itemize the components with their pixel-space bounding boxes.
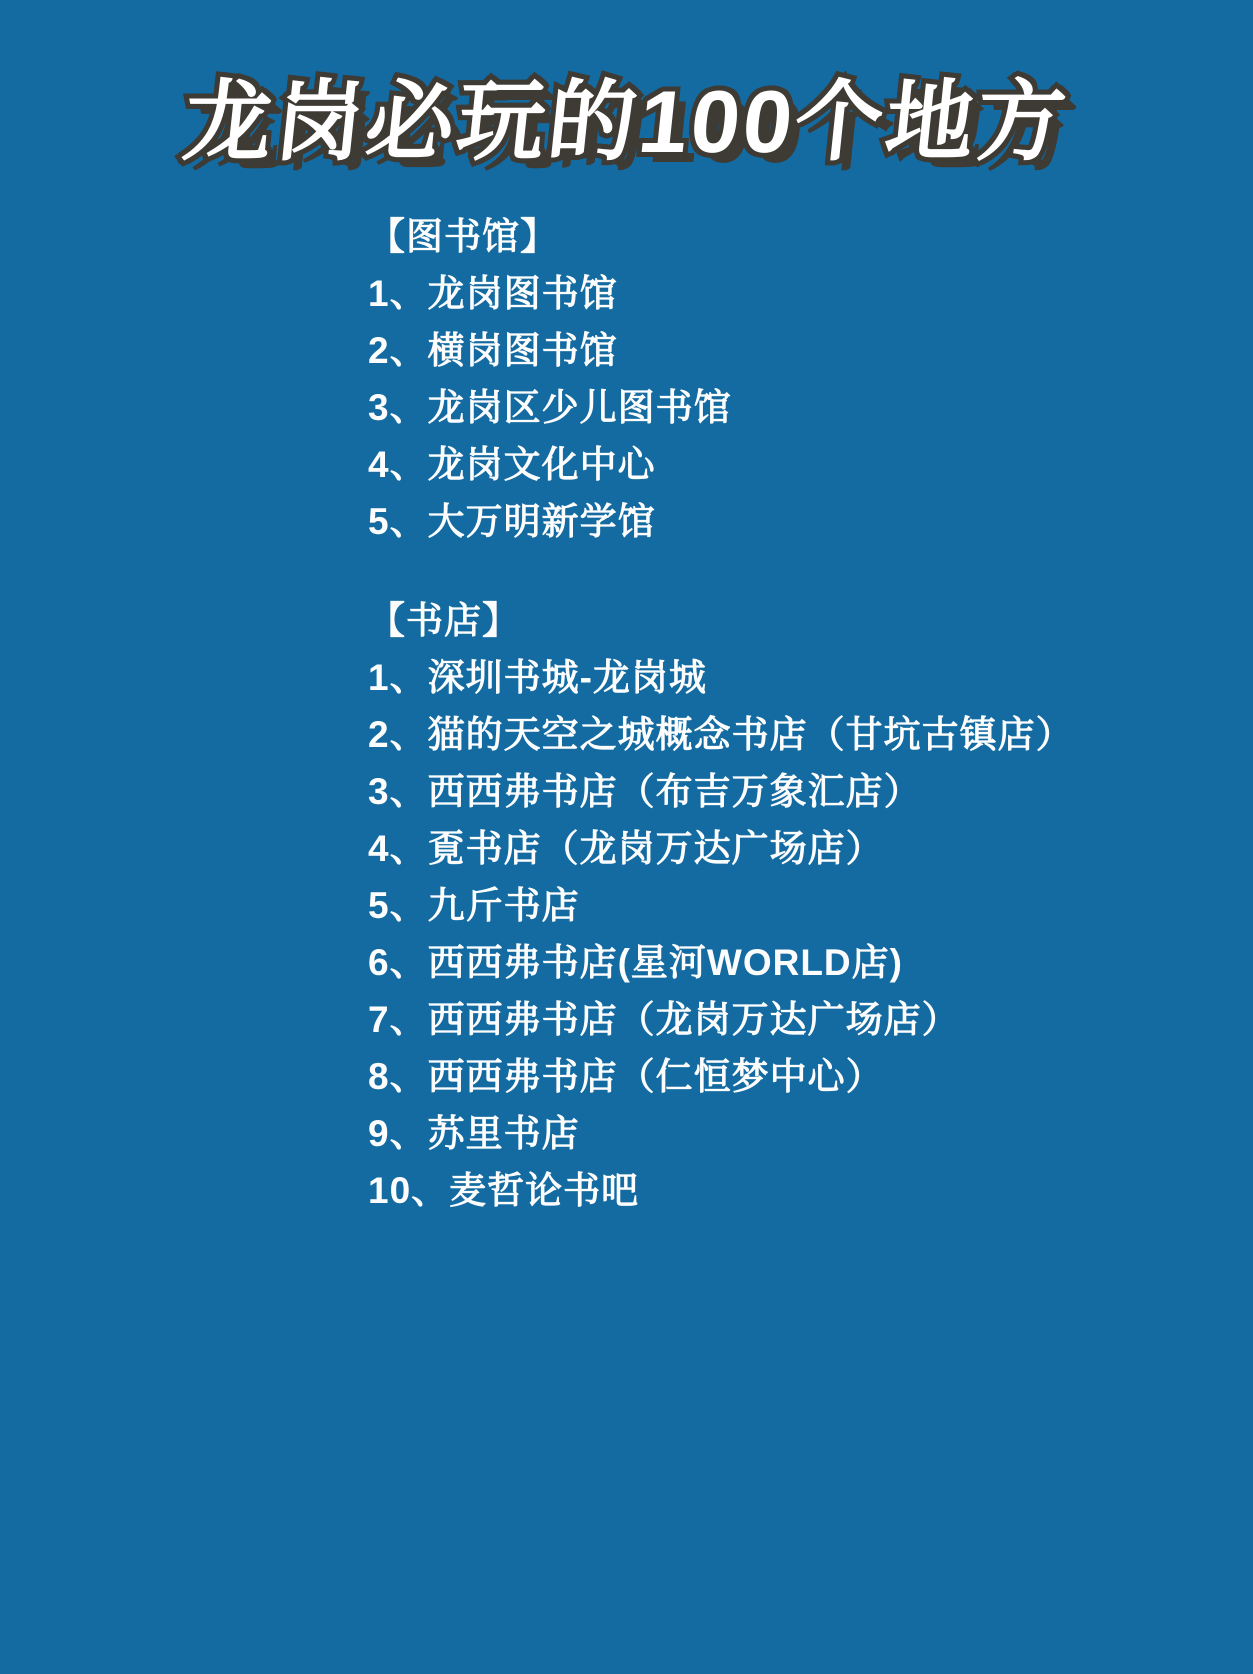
list-item: 2、横岗图书馆: [368, 322, 1253, 379]
list-item: 7、西西弗书店（龙岗万达广场店）: [368, 991, 1253, 1048]
list-item: 4、覔书店（龙岗万达广场店）: [368, 820, 1253, 877]
list-item: 3、西西弗书店（布吉万象汇店）: [368, 763, 1253, 820]
list-item: 6、西西弗书店(星河WORLD店): [368, 934, 1253, 991]
page-title: 龙岗必玩的100个地方: [0, 0, 1253, 178]
list-item: 8、西西弗书店（仁恒梦中心）: [368, 1048, 1253, 1105]
list-item: 2、猫的天空之城概念书店（甘坑古镇店）: [368, 706, 1253, 763]
list-item: 1、深圳书城-龙岗城: [368, 649, 1253, 706]
list-item: 4、龙岗文化中心: [368, 436, 1253, 493]
list-item: 9、苏里书店: [368, 1105, 1253, 1162]
page-title-text: 龙岗必玩的100个地方: [178, 52, 1075, 178]
poster: 龙岗必玩的100个地方 【图书馆】 1、龙岗图书馆 2、横岗图书馆 3、龙岗区少…: [0, 0, 1253, 1674]
library-list: 1、龙岗图书馆 2、横岗图书馆 3、龙岗区少儿图书馆 4、龙岗文化中心 5、大万…: [368, 265, 1253, 550]
list-item: 1、龙岗图书馆: [368, 265, 1253, 322]
content: 【图书馆】 1、龙岗图书馆 2、横岗图书馆 3、龙岗区少儿图书馆 4、龙岗文化中…: [368, 208, 1253, 1219]
list-item: 3、龙岗区少儿图书馆: [368, 379, 1253, 436]
bookstore-list: 1、深圳书城-龙岗城 2、猫的天空之城概念书店（甘坑古镇店） 3、西西弗书店（布…: [368, 649, 1253, 1219]
section-libraries: 【图书馆】 1、龙岗图书馆 2、横岗图书馆 3、龙岗区少儿图书馆 4、龙岗文化中…: [368, 208, 1253, 550]
list-item: 10、麦哲论书吧: [368, 1162, 1253, 1219]
section-bookstores: 【书店】 1、深圳书城-龙岗城 2、猫的天空之城概念书店（甘坑古镇店） 3、西西…: [368, 592, 1253, 1219]
section-header-bookstores: 【书店】: [368, 592, 1253, 649]
section-header-libraries: 【图书馆】: [368, 208, 1253, 265]
list-item: 5、九斤书店: [368, 877, 1253, 934]
list-item: 5、大万明新学馆: [368, 493, 1253, 550]
